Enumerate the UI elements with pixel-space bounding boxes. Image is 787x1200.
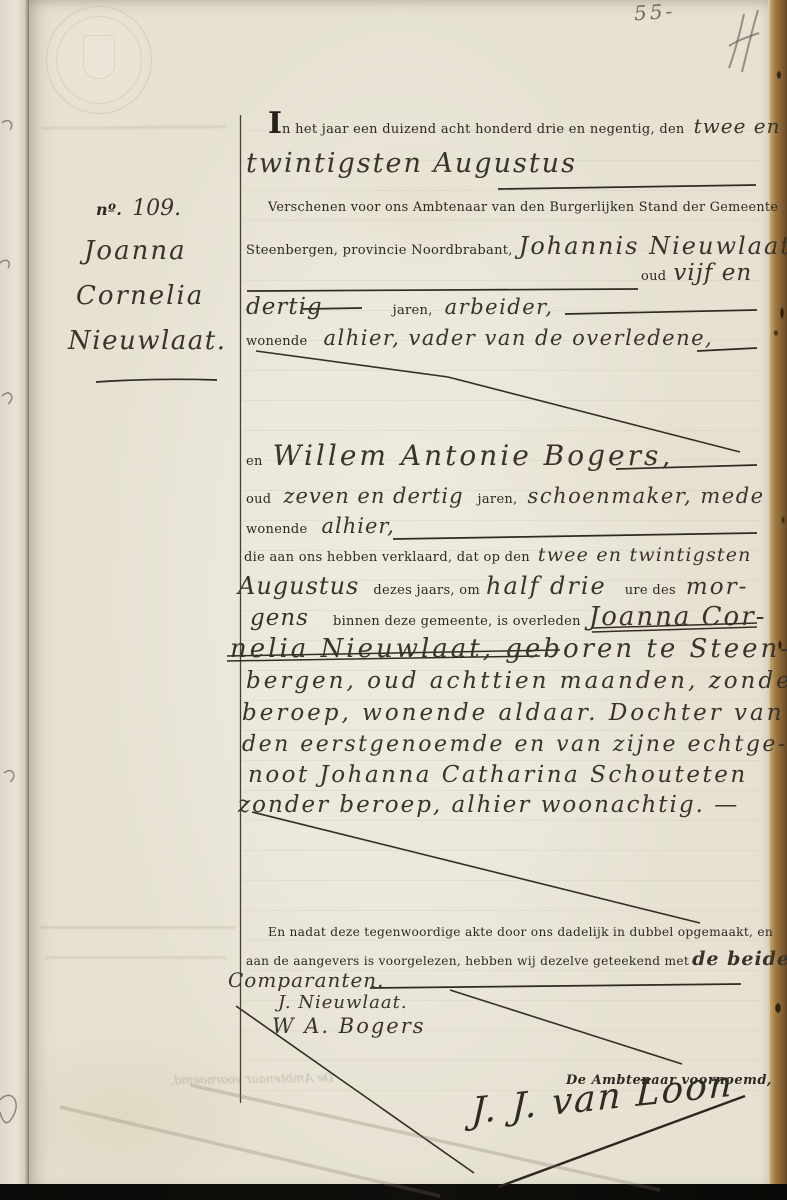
printed-text: oud — [246, 493, 271, 506]
body-line-appeared: Verschenen voor ons Ambtenaar van den Bu… — [268, 202, 778, 215]
act-number-value: 109. — [132, 198, 181, 220]
body-line-age1: oud vijf en — [641, 262, 752, 285]
handwritten-text: vijf en — [673, 262, 752, 285]
printed-text: die aan ons hebben verklaard, dat op den — [244, 551, 530, 564]
signature-declarant1: J. Nieuwlaat. — [278, 994, 408, 1012]
printed-text: jaren, — [393, 304, 433, 317]
printed-text: binnen deze gemeente, is overleden — [333, 615, 581, 628]
handwritten-text: half drie — [486, 574, 607, 598]
handwritten-text: dertig — [246, 296, 323, 319]
body-line-witness2: en Willem Antonie Bogers, — [246, 442, 673, 470]
printed-text: en — [246, 455, 263, 468]
handwritten-text: de beide — [692, 950, 787, 969]
signature-declarant2: W A. Bogers — [272, 1016, 426, 1037]
handwritten-text: Johannis Nieuwlaat, — [519, 234, 787, 258]
handwritten-text: alhier, — [322, 516, 395, 537]
body-line-parents1: den eerstgenoemde en van zijne echtge- — [242, 734, 787, 756]
margin-name-line3: Nieuwlaat. — [68, 328, 226, 354]
printed-text: wonende — [246, 523, 308, 536]
showthrough-line — [46, 956, 226, 959]
book-binding-edge — [768, 0, 787, 1192]
body-line-deceased: gens binnen deze gemeente, is overleden … — [250, 604, 766, 630]
embossed-seal-icon — [46, 6, 152, 114]
body-line-parents3: zonder beroep, alhier woonachtig. — — [238, 794, 739, 817]
folio-number: 55- — [633, 1, 676, 24]
handwritten-text: zeven en dertig — [283, 486, 463, 507]
handwritten-text: twee en twintigsten — [538, 546, 752, 565]
folio-number-text: 55- — [633, 1, 676, 24]
printed-text: oud — [641, 270, 666, 283]
body-line-age2: dertig jaren, arbeider, — [246, 296, 554, 319]
printed-text: ure des — [625, 584, 676, 597]
handwritten-text: arbeider, — [445, 297, 554, 318]
body-line-date: twintigsten Augustus — [246, 150, 577, 177]
body-line-parents2: noot Johanna Catharina Schouteten — [248, 764, 748, 787]
printed-text: jaren, — [478, 493, 518, 506]
showthrough-line — [40, 926, 235, 929]
handwritten-text: Augustus — [238, 574, 359, 598]
body-line-residence1: wonende alhier, vader van de overledene, — [246, 328, 713, 349]
body-line-residence2: wonende alhier, — [246, 516, 395, 537]
body-line-death-time: Augustus dezes jaars, om half drie ure d… — [238, 574, 748, 599]
body-line-witness2-age: oud zeven en dertig jaren, schoenmaker, … — [246, 486, 765, 507]
closing-line3: Comparanten. — [228, 970, 385, 990]
handwritten-text: schoenmaker, mede — [528, 486, 765, 507]
drop-cap: I — [268, 112, 282, 136]
body-line-deceased4: beroep, wonende aldaar. Dochter van — [242, 702, 785, 725]
body-line-deceased2: nelia Nieuwlaat, geboren te Steen- — [230, 636, 787, 662]
act-number-label: nº. — [96, 202, 122, 218]
act-number: nº. 109. — [96, 198, 181, 220]
handwritten-text: gens — [250, 607, 309, 630]
closing-line1: En nadat deze tegenwoordige akte door on… — [268, 926, 773, 938]
handwritten-text: Willem Antonie Bogers, — [273, 442, 674, 470]
closing-line2: aan de aangevers is voorgelezen, hebben … — [246, 950, 787, 969]
printed-text: wonende — [246, 335, 308, 348]
handwritten-text: mor- — [686, 576, 748, 599]
margin-name-line2: Cornelia — [76, 283, 204, 309]
handwritten-text: alhier, vader van de overledene, — [324, 328, 714, 349]
handwritten-text: Joanna Cor- — [589, 604, 767, 630]
printed-text: Steenbergen, provincie Noordbrabant, — [246, 244, 513, 257]
previous-page-edge — [0, 0, 29, 1190]
body-line-deceased3: bergen, oud achttien maanden, zonder — [246, 670, 787, 693]
scan-background-bar — [0, 1184, 787, 1200]
printed-text: dezes jaars, om — [373, 584, 480, 597]
margin-name-line1: Joanna — [84, 238, 187, 264]
printed-text: aan de aangevers is voorgelezen, hebben … — [246, 955, 689, 967]
scanned-death-certificate-page: De Ambtenaar voornoemd, — [0, 0, 787, 1200]
showthrough-mirrored-text: De Ambtenaar voornoemd, — [170, 1071, 334, 1088]
embossed-seal-crest — [83, 35, 115, 79]
body-line-declaration: die aan ons hebben verklaard, dat op den… — [244, 546, 752, 565]
printed-text: n het jaar een duizend acht honderd drie… — [282, 123, 685, 136]
body-line-year: I n het jaar een duizend acht honderd dr… — [268, 112, 781, 136]
body-line-municipality: Steenbergen, provincie Noordbrabant, Joh… — [246, 234, 787, 258]
handwritten-text: twee en — [694, 116, 781, 136]
